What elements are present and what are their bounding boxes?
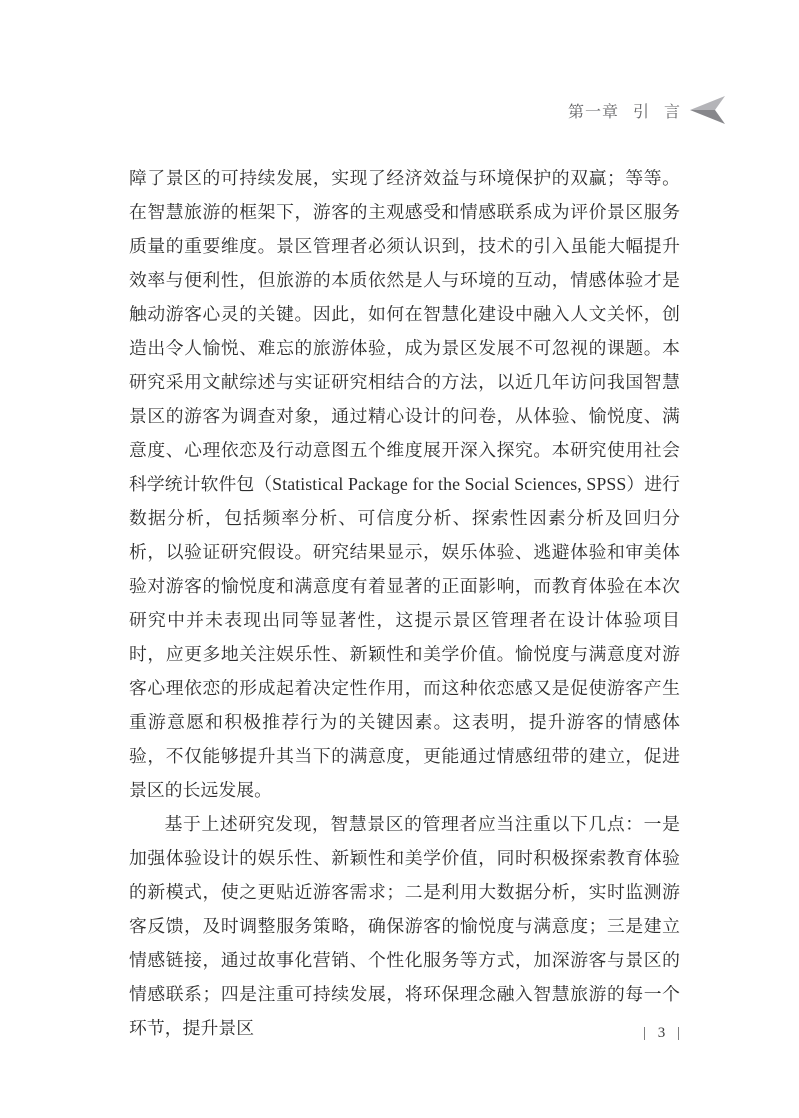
folio-number: 3: [658, 1025, 666, 1041]
page-footer: | 3 |: [129, 1025, 680, 1042]
running-header: 第一章 引 言: [568, 96, 725, 124]
paragraph-continuation: 障了景区的可持续发展，实现了经济效益与环境保护的双赢；等等。在智慧旅游的框架下，…: [129, 161, 680, 807]
chapter-heading: 第一章 引 言: [568, 99, 681, 122]
document-page: 第一章 引 言 障了景区的可持续发展，实现了经济效益与环境保护的双赢；等等。在智…: [0, 0, 799, 1118]
chapter-arrow-icon: [690, 96, 725, 124]
folio-right-bar: |: [677, 1025, 680, 1041]
paragraph-recommendations: 基于上述研究发现，智慧景区的管理者应当注重以下几点：一是加强体验设计的娱乐性、新…: [129, 807, 680, 1045]
page-number: | 3 |: [643, 1025, 680, 1041]
body-text: 障了景区的可持续发展，实现了经济效益与环境保护的双赢；等等。在智慧旅游的框架下，…: [129, 161, 680, 1045]
folio-left-bar: |: [643, 1025, 646, 1041]
